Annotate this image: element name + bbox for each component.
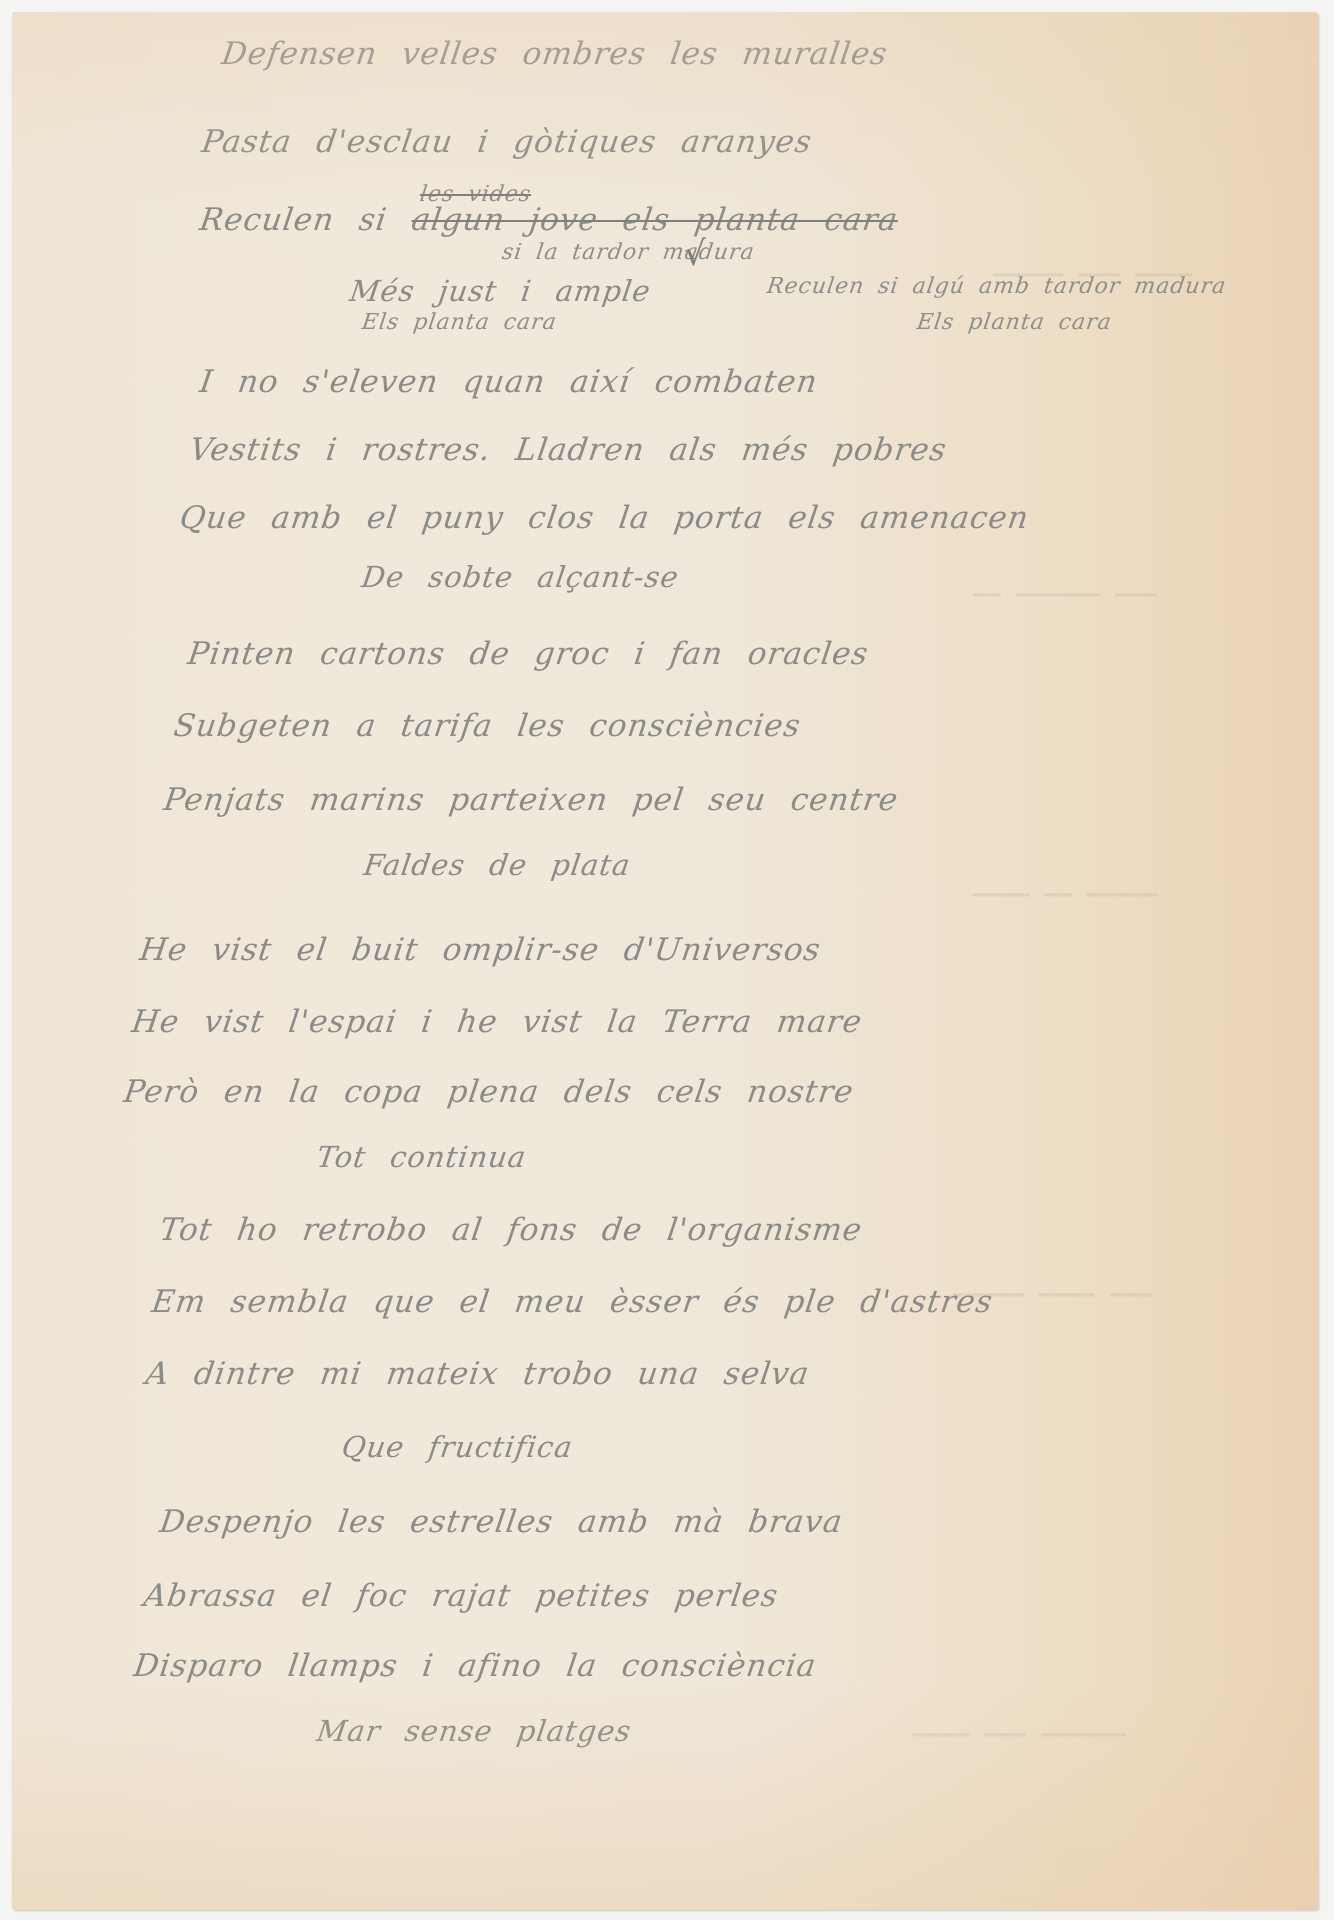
poem-line: Però en la copa plena dels cels nostre <box>121 1074 856 1110</box>
poem-refrain: De sobte alçant-se <box>360 560 682 594</box>
poem-refrain: Mar sense platges <box>315 1714 634 1748</box>
struck-text: algun jove els planta cara <box>409 202 900 238</box>
poem-line: Subgeten a tarifa les consciències <box>171 708 803 744</box>
margin-revision: Reculen si algú amb tardor madura <box>765 274 1228 299</box>
poem-refrain: Faldes de plata <box>362 848 633 882</box>
poem-line: Tot ho retrobo al fons de l'organisme <box>157 1212 864 1248</box>
bleed-through-text: ▁▁▁▁▁▁ ▁▁▁ ▁▁▁▁ <box>912 1712 1126 1737</box>
poem-line: Abrassa el foc rajat petites perles <box>141 1578 780 1614</box>
poem-line: Vestits i rostres. Lladren als més pobre… <box>187 432 949 468</box>
bleed-through-text: ▁▁▁▁▁ ▁▁ ▁▁▁▁ <box>972 872 1157 897</box>
insertion-caret-icon: √ <box>684 234 706 274</box>
poem-line: Disparo llamps i afino la consciència <box>131 1648 818 1684</box>
poem-line: He vist l'espai i he vist la Terra mare <box>129 1004 864 1040</box>
poem-line: I no s'eleven quan així combaten <box>197 364 820 400</box>
poem-refrain: Més just i ample <box>348 274 653 308</box>
poem-line: A dintre mi mateix trobo una selva <box>143 1356 811 1392</box>
poem-refrain: Tot continua <box>315 1140 529 1174</box>
refrain-note: Els planta cara <box>360 310 558 335</box>
margin-revision: Els planta cara <box>915 310 1113 335</box>
bleed-through-text: ▁▁▁ ▁▁▁▁▁▁ ▁▁ <box>972 572 1157 597</box>
poem-line: Despenjo les estrelles amb mà brava <box>157 1504 845 1540</box>
poem-refrain: Que fructifica <box>340 1430 576 1464</box>
revision-below: si la tardor madura <box>500 240 756 265</box>
poem-line: Que amb el puny clos la porta els amenac… <box>177 500 1031 536</box>
poem-line: Penjats marins parteixen pel seu centre <box>161 782 900 818</box>
poem-line: Pinten cartons de groc i fan oracles <box>185 636 871 672</box>
poem-line: He vist el buit omplir-se d'Universos <box>137 932 823 968</box>
poem-line: Em sembla que el meu èsser és ple d'astr… <box>149 1284 995 1320</box>
poem-line: Pasta d'esclau i gòtiques aranyes <box>199 124 814 160</box>
poem-line: Defensen velles ombres les muralles <box>219 36 890 72</box>
manuscript-page: ▁▁▁▁ ▁▁▁ ▁▁▁▁▁ ▁▁▁ ▁▁▁▁▁▁ ▁▁ ▁▁▁▁▁ ▁▁ ▁▁… <box>12 12 1318 1910</box>
poem-line-revised: Reculen si algun jove els planta cara <box>197 202 900 238</box>
